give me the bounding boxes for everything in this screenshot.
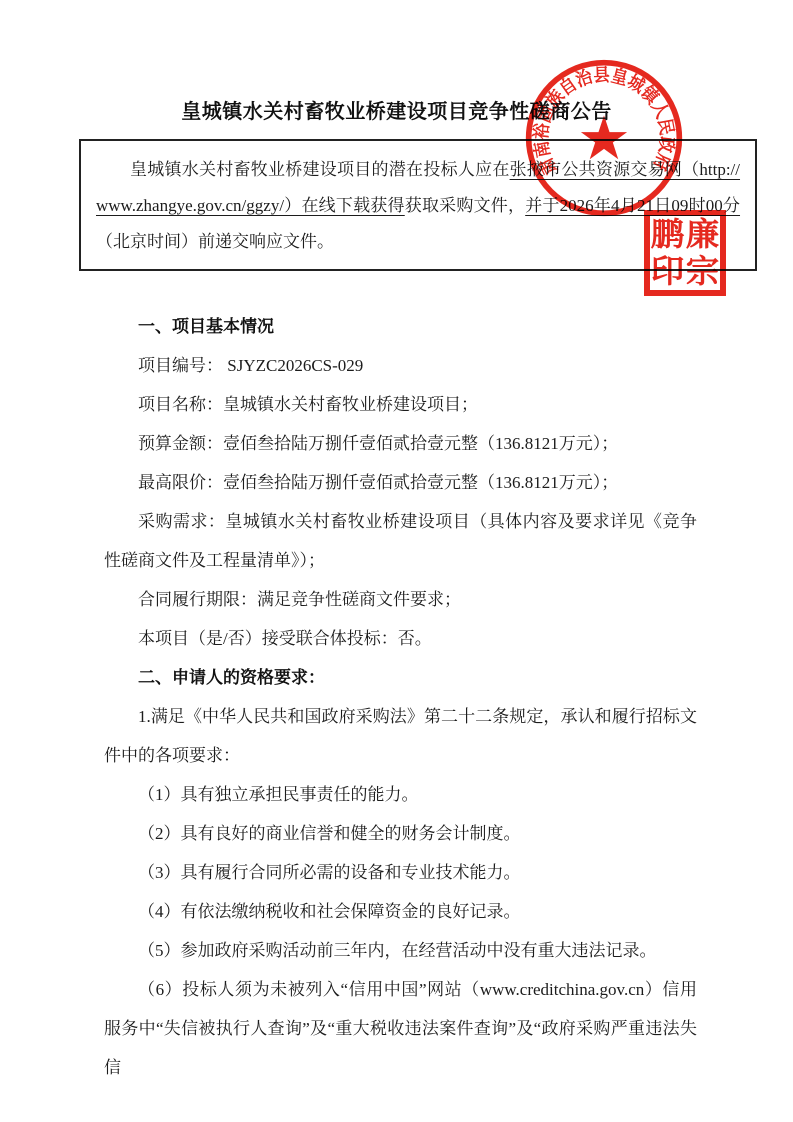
- notice-segment-4: 并于2026年4月21日09时00分: [525, 196, 740, 215]
- requirement-line-4: （3）具有履行合同所必需的设备和专业技术能力。: [104, 853, 697, 892]
- notice-segment-5: （北京时间）前递交响应文件。: [96, 232, 334, 251]
- info-line-5: 采购需求：皇城镇水关村畜牧业桥建设项目（具体内容及要求详见《竞争性磋商文件及工程…: [104, 502, 697, 580]
- requirement-line-5: （4）有依法缴纳税收和社会保障资金的良好记录。: [104, 892, 697, 931]
- requirement-line-1: 1.满足《中华人民共和国政府采购法》第二十二条规定，承认和履行招标文件中的各项要…: [104, 697, 697, 775]
- requirement-line-3: （2）具有良好的商业信誉和健全的财务会计制度。: [104, 814, 697, 853]
- info-line-6: 合同履行期限：满足竞争性磋商文件要求；: [104, 580, 697, 619]
- requirement-line-6: （5）参加政府采购活动前三年内，在经营活动中没有重大违法记录。: [104, 931, 697, 970]
- info-line-2: 项目名称：皇城镇水关村畜牧业桥建设项目；: [104, 385, 697, 424]
- notice-segment-3: 获取采购文件，: [405, 196, 525, 215]
- document-title: 皇城镇水关村畜牧业桥建设项目竞争性磋商公告: [0, 0, 793, 124]
- section2-heading: 二、申请人的资格要求：: [104, 658, 697, 697]
- requirement-line-2: （1）具有独立承担民事责任的能力。: [104, 775, 697, 814]
- section1-items: 项目编号： SJYZC2026CS-029项目名称：皇城镇水关村畜牧业桥建设项目…: [104, 346, 697, 658]
- notice-box: 皇城镇水关村畜牧业桥建设项目的潜在投标人应在张掖市公共资源交易网（http://…: [79, 139, 757, 271]
- notice-segment-1: 皇城镇水关村畜牧业桥建设项目的潜在投标人应在: [130, 160, 510, 179]
- info-line-7: 本项目（是/否）接受联合体投标：否。: [104, 619, 697, 658]
- document-body: 一、项目基本情况 项目编号： SJYZC2026CS-029项目名称：皇城镇水关…: [104, 307, 697, 1087]
- section1-heading: 一、项目基本情况: [104, 307, 697, 346]
- requirement-line-7: （6）投标人须为未被列入“信用中国”网站（www.creditchina.gov…: [104, 970, 697, 1087]
- notice-paragraph: 皇城镇水关村畜牧业桥建设项目的潜在投标人应在张掖市公共资源交易网（http://…: [96, 152, 740, 260]
- info-line-3: 预算金额：壹佰叁拾陆万捌仟壹佰贰拾壹元整（136.8121万元）；: [104, 424, 697, 463]
- document-page: 皇城镇水关村畜牧业桥建设项目竞争性磋商公告 皇城镇水关村畜牧业桥建设项目的潜在投…: [0, 0, 793, 1122]
- info-line-1: 项目编号： SJYZC2026CS-029: [104, 346, 697, 385]
- section2-items: 1.满足《中华人民共和国政府采购法》第二十二条规定，承认和履行招标文件中的各项要…: [104, 697, 697, 1087]
- info-line-4: 最高限价：壹佰叁拾陆万捌仟壹佰贰拾壹元整（136.8121万元）；: [104, 463, 697, 502]
